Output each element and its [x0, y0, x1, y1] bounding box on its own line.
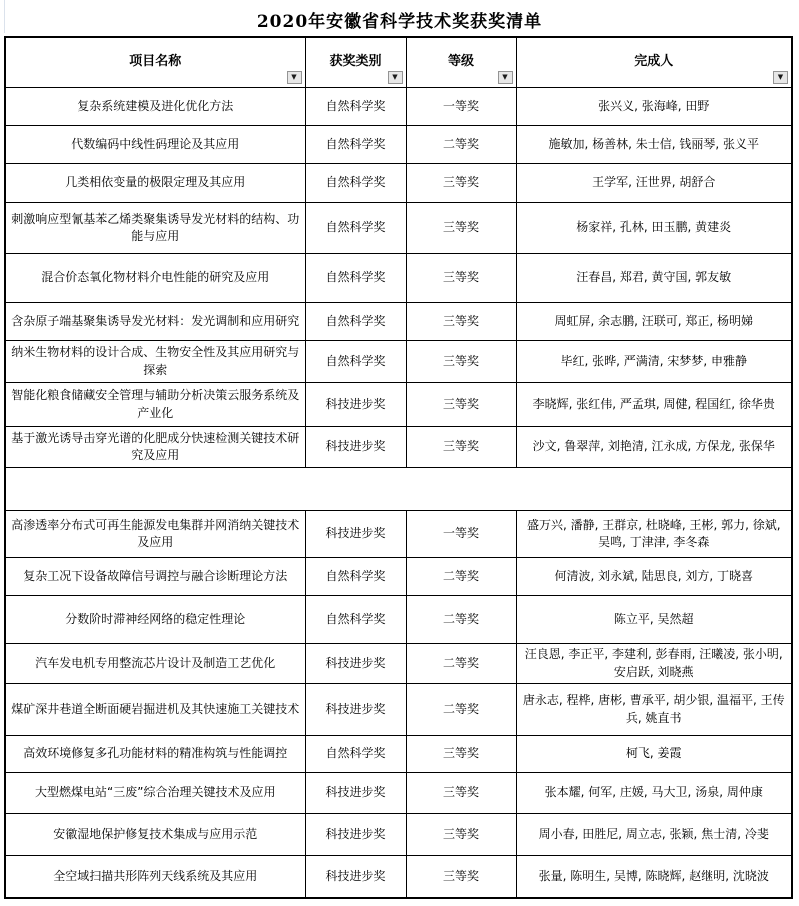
category-cell[interactable]: 自然科学奖 — [305, 203, 406, 254]
table-row: 几类相依变量的极限定理及其应用自然科学奖三等奖王学军, 汪世界, 胡舒合 — [5, 164, 792, 203]
category-cell[interactable]: 科技进步奖 — [305, 773, 406, 814]
table-row: 分数阶时滞神经网络的稳定性理论自然科学奖二等奖陈立平, 吴然超 — [5, 596, 792, 644]
table-row: 高渗透率分布式可再生能源发电集群并网消纳关键技术及应用科技进步奖一等奖盛万兴, … — [5, 511, 792, 558]
table-row: 智能化粮食储藏安全管理与辅助分析决策云服务系统及产业化科技进步奖三等奖李晓辉, … — [5, 383, 792, 427]
filter-dropdown-icon: ▼ — [291, 74, 296, 81]
people-cell[interactable]: 陈立平, 吴然超 — [516, 596, 792, 644]
category-cell[interactable]: 自然科学奖 — [305, 254, 406, 303]
column-header-label: 获奖类别 — [329, 54, 381, 69]
table-row: 含杂原子端基聚集诱导发光材料：发光调制和应用研究自然科学奖三等奖周虹屏, 余志鹏… — [5, 303, 792, 341]
project-name-cell[interactable]: 分数阶时滞神经网络的稳定性理论 — [5, 596, 305, 644]
grade-cell[interactable]: 三等奖 — [406, 303, 516, 341]
people-cell[interactable]: 施敏加, 杨善林, 朱士信, 钱丽琴, 张义平 — [516, 126, 792, 164]
filter-dropdown-icon: ▼ — [778, 74, 783, 81]
blank-cell[interactable] — [5, 468, 792, 511]
grade-cell[interactable]: 三等奖 — [406, 814, 516, 856]
column-header-label: 等级 — [448, 54, 474, 69]
people-cell[interactable]: 何清波, 刘永斌, 陆思良, 刘方, 丁晓喜 — [516, 558, 792, 596]
grade-cell[interactable]: 二等奖 — [406, 126, 516, 164]
project-name-cell[interactable]: 煤矿深井巷道全断面硬岩掘进机及其快速施工关键技术 — [5, 684, 305, 736]
project-name-cell[interactable]: 全空域扫描共形阵列天线系统及其应用 — [5, 856, 305, 898]
project-name-cell[interactable]: 安徽湿地保护修复技术集成与应用示范 — [5, 814, 305, 856]
header-row: 项目名称 ▼ 获奖类别 ▼ 等级 ▼ 完成人 ▼ — [5, 37, 792, 88]
filter-button-project-name[interactable]: ▼ — [287, 71, 302, 84]
table-row: 代数编码中线性码理论及其应用自然科学奖二等奖施敏加, 杨善林, 朱士信, 钱丽琴… — [5, 126, 792, 164]
grade-cell[interactable]: 一等奖 — [406, 511, 516, 558]
people-cell[interactable]: 杨家祥, 孔林, 田玉鹏, 黄建炎 — [516, 203, 792, 254]
grade-cell[interactable]: 三等奖 — [406, 254, 516, 303]
people-cell[interactable]: 王学军, 汪世界, 胡舒合 — [516, 164, 792, 203]
category-cell[interactable]: 自然科学奖 — [305, 596, 406, 644]
people-cell[interactable]: 柯飞, 姜霞 — [516, 736, 792, 773]
people-cell[interactable]: 沙文, 鲁翠萍, 刘艳清, 江永成, 方保龙, 张保华 — [516, 427, 792, 468]
people-cell[interactable]: 汪春昌, 郑君, 黄守国, 郭友敏 — [516, 254, 792, 303]
table-row: 刺激响应型氰基苯乙烯类聚集诱导发光材料的结构、功能与应用自然科学奖三等奖杨家祥,… — [5, 203, 792, 254]
grade-cell[interactable]: 二等奖 — [406, 558, 516, 596]
table-row: 复杂工况下设备故障信号调控与融合诊断理论方法自然科学奖二等奖何清波, 刘永斌, … — [5, 558, 792, 596]
people-cell[interactable]: 张兴义, 张海峰, 田野 — [516, 88, 792, 126]
filter-button-grade[interactable]: ▼ — [498, 71, 513, 84]
project-name-cell[interactable]: 高渗透率分布式可再生能源发电集群并网消纳关键技术及应用 — [5, 511, 305, 558]
grade-cell[interactable]: 三等奖 — [406, 203, 516, 254]
awards-table: 项目名称 ▼ 获奖类别 ▼ 等级 ▼ 完成人 ▼ 复杂系统建模及进化优化方法自然… — [4, 36, 793, 899]
table-row: 高效环境修复多孔功能材料的精准构筑与性能调控自然科学奖三等奖柯飞, 姜霞 — [5, 736, 792, 773]
grade-cell[interactable]: 二等奖 — [406, 684, 516, 736]
table-row: 复杂系统建模及进化优化方法自然科学奖一等奖张兴义, 张海峰, 田野 — [5, 88, 792, 126]
people-cell[interactable]: 毕红, 张晔, 严满清, 宋梦梦, 申雅静 — [516, 341, 792, 383]
category-cell[interactable]: 自然科学奖 — [305, 341, 406, 383]
column-header-award-category: 获奖类别 ▼ — [305, 37, 406, 88]
filter-button-award-category[interactable]: ▼ — [388, 71, 403, 84]
category-cell[interactable]: 科技进步奖 — [305, 511, 406, 558]
grade-cell[interactable]: 三等奖 — [406, 341, 516, 383]
grade-cell[interactable]: 三等奖 — [406, 856, 516, 898]
grade-cell[interactable]: 二等奖 — [406, 596, 516, 644]
project-name-cell[interactable]: 几类相依变量的极限定理及其应用 — [5, 164, 305, 203]
project-name-cell[interactable]: 基于激光诱导击穿光谱的化肥成分快速检测关键技术研究及应用 — [5, 427, 305, 468]
category-cell[interactable]: 科技进步奖 — [305, 684, 406, 736]
table-row: 全空域扫描共形阵列天线系统及其应用科技进步奖三等奖张量, 陈明生, 吴博, 陈晓… — [5, 856, 792, 898]
grade-cell[interactable]: 三等奖 — [406, 383, 516, 427]
project-name-cell[interactable]: 含杂原子端基聚集诱导发光材料：发光调制和应用研究 — [5, 303, 305, 341]
column-header-label: 项目名称 — [129, 54, 181, 69]
column-header-project-name: 项目名称 ▼ — [5, 37, 305, 88]
column-header-grade: 等级 ▼ — [406, 37, 516, 88]
category-cell[interactable]: 科技进步奖 — [305, 814, 406, 856]
project-name-cell[interactable]: 汽车发电机专用整流芯片设计及制造工艺优化 — [5, 644, 305, 684]
filter-dropdown-icon: ▼ — [392, 74, 397, 81]
project-name-cell[interactable]: 智能化粮食储藏安全管理与辅助分析决策云服务系统及产业化 — [5, 383, 305, 427]
table-row: 混合价态氧化物材料介电性能的研究及应用自然科学奖三等奖汪春昌, 郑君, 黄守国,… — [5, 254, 792, 303]
grade-cell[interactable]: 三等奖 — [406, 736, 516, 773]
project-name-cell[interactable]: 复杂工况下设备故障信号调控与融合诊断理论方法 — [5, 558, 305, 596]
category-cell[interactable]: 自然科学奖 — [305, 164, 406, 203]
people-cell[interactable]: 周小春, 田胜尼, 周立志, 张颖, 焦士清, 冷斐 — [516, 814, 792, 856]
filter-button-completers[interactable]: ▼ — [773, 71, 788, 84]
table-row: 纳米生物材料的设计合成、生物安全性及其应用研究与探索自然科学奖三等奖毕红, 张晔… — [5, 341, 792, 383]
people-cell[interactable]: 汪良恩, 李正平, 李建利, 彭春雨, 汪曦凌, 张小明, 安启跃, 刘晓燕 — [516, 644, 792, 684]
category-cell[interactable]: 自然科学奖 — [305, 303, 406, 341]
people-cell[interactable]: 唐永志, 程桦, 唐彬, 曹承平, 胡少银, 温福平, 王传兵, 姚直书 — [516, 684, 792, 736]
column-header-completers: 完成人 ▼ — [516, 37, 792, 88]
category-cell[interactable]: 自然科学奖 — [305, 558, 406, 596]
grade-cell[interactable]: 三等奖 — [406, 773, 516, 814]
people-cell[interactable]: 盛万兴, 潘静, 王群京, 杜晓峰, 王彬, 郭力, 徐斌, 吴鸣, 丁津津, … — [516, 511, 792, 558]
people-cell[interactable]: 周虹屏, 余志鹏, 汪联可, 郑正, 杨明娣 — [516, 303, 792, 341]
category-cell[interactable]: 科技进步奖 — [305, 427, 406, 468]
category-cell[interactable]: 自然科学奖 — [305, 88, 406, 126]
column-header-label: 完成人 — [634, 54, 673, 69]
table-row: 汽车发电机专用整流芯片设计及制造工艺优化科技进步奖二等奖汪良恩, 李正平, 李建… — [5, 644, 792, 684]
page-title: 2020年安徽省科学技术奖获奖清单 — [0, 7, 799, 32]
category-cell[interactable]: 科技进步奖 — [305, 644, 406, 684]
project-name-cell[interactable]: 复杂系统建模及进化优化方法 — [5, 88, 305, 126]
project-name-cell[interactable]: 纳米生物材料的设计合成、生物安全性及其应用研究与探索 — [5, 341, 305, 383]
project-name-cell[interactable]: 混合价态氧化物材料介电性能的研究及应用 — [5, 254, 305, 303]
table-row: 基于激光诱导击穿光谱的化肥成分快速检测关键技术研究及应用科技进步奖三等奖沙文, … — [5, 427, 792, 468]
people-cell[interactable]: 张本耀, 何军, 庄媛, 马大卫, 汤泉, 周仲康 — [516, 773, 792, 814]
table-row: 煤矿深井巷道全断面硬岩掘进机及其快速施工关键技术科技进步奖二等奖唐永志, 程桦,… — [5, 684, 792, 736]
blank-row — [5, 468, 792, 511]
project-name-cell[interactable]: 大型燃煤电站“三废”综合治理关键技术及应用 — [5, 773, 305, 814]
filter-dropdown-icon: ▼ — [502, 74, 507, 81]
project-name-cell[interactable]: 刺激响应型氰基苯乙烯类聚集诱导发光材料的结构、功能与应用 — [5, 203, 305, 254]
people-cell[interactable]: 张量, 陈明生, 吴博, 陈晓辉, 赵继明, 沈晓波 — [516, 856, 792, 898]
table-row: 安徽湿地保护修复技术集成与应用示范科技进步奖三等奖周小春, 田胜尼, 周立志, … — [5, 814, 792, 856]
project-name-cell[interactable]: 高效环境修复多孔功能材料的精准构筑与性能调控 — [5, 736, 305, 773]
category-cell[interactable]: 自然科学奖 — [305, 736, 406, 773]
grade-cell[interactable]: 一等奖 — [406, 88, 516, 126]
project-name-cell[interactable]: 代数编码中线性码理论及其应用 — [5, 126, 305, 164]
category-cell[interactable]: 科技进步奖 — [305, 383, 406, 427]
table-row: 大型燃煤电站“三废”综合治理关键技术及应用科技进步奖三等奖张本耀, 何军, 庄媛… — [5, 773, 792, 814]
spreadsheet-page: 2020年安徽省科学技术奖获奖清单 项目名称 ▼ 获奖类别 ▼ 等级 ▼ — [0, 0, 799, 906]
category-cell[interactable]: 自然科学奖 — [305, 126, 406, 164]
grade-cell[interactable]: 三等奖 — [406, 164, 516, 203]
grade-cell[interactable]: 二等奖 — [406, 644, 516, 684]
category-cell[interactable]: 科技进步奖 — [305, 856, 406, 898]
people-cell[interactable]: 李晓辉, 张红伟, 严孟琪, 周健, 程国红, 徐华贵 — [516, 383, 792, 427]
grade-cell[interactable]: 三等奖 — [406, 427, 516, 468]
